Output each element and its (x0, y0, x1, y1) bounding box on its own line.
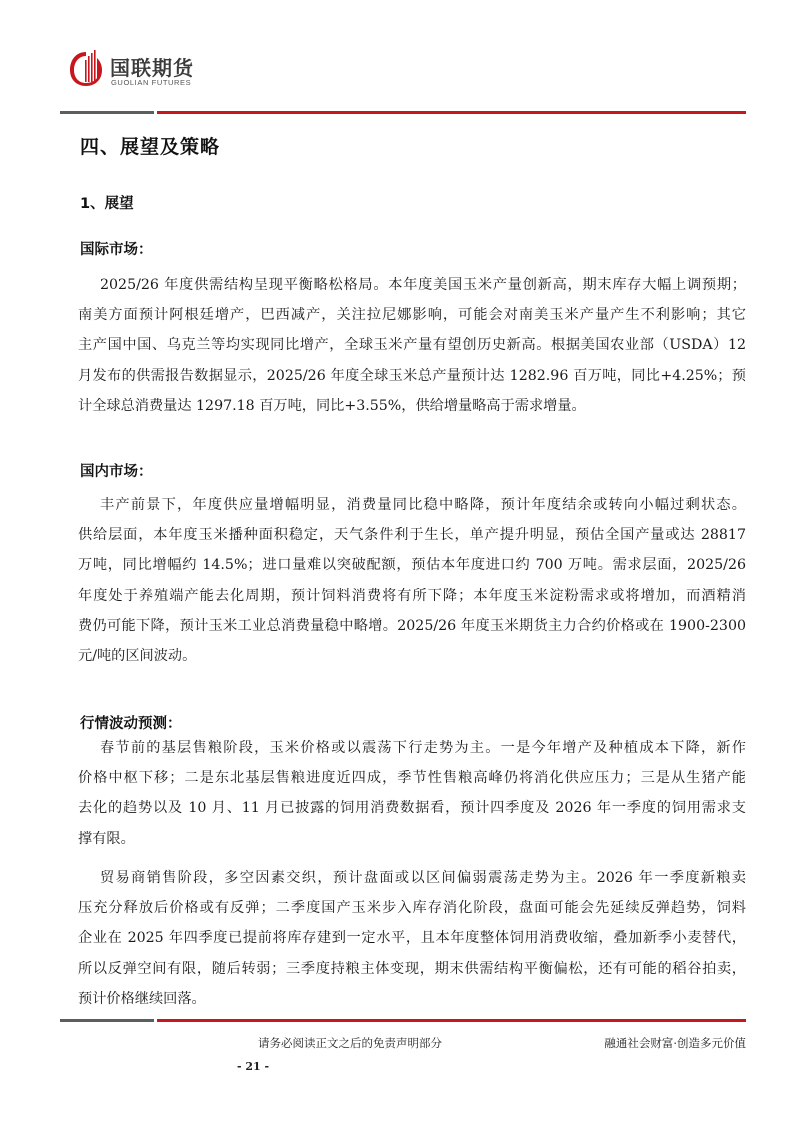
text-line: 预计价格继续回落。 (78, 984, 746, 1014)
text-line: 春节前的基层售粮阶段，玉米价格或以震荡下行走势为主。一是今年增产及种植成本下降，… (78, 733, 746, 763)
divider-gray-segment (60, 1019, 154, 1022)
text-line: 丰产前景下，年度供应量增幅明显，消费量同比稳中略降，预计年度结余或转向小幅过剩状… (78, 490, 746, 520)
footer-slogan: 融通社会财富·创造多元价值 (604, 1035, 746, 1051)
text-line: 撑有限。 (78, 824, 746, 854)
text-line: 贸易商销售阶段，多空因素交织，预计盘面或以区间偏弱震荡走势为主。2026 年一季… (78, 863, 746, 893)
text-line: 2025/26 年度供需结构呈现平衡略松格局。本年度美国玉米产量创新高，期末库存… (78, 270, 746, 300)
text-line: 所以反弹空间有限，随后转弱；三季度持粮主体变现，期末供需结构平衡偏松，还有可能的… (78, 954, 746, 984)
text-line: 南美方面预计阿根廷增产，巴西减产，关注拉尼娜影响，可能会对南美玉米产量产生不利影… (78, 300, 746, 330)
logo-text-cn: 国联期货 (110, 52, 194, 81)
text-line: 年度处于养殖端产能去化周期，预计饲料消费将有所下降；本年度玉米淀粉需求或将增加，… (78, 581, 746, 611)
text-line: 去化的趋势以及 10 月、11 月已披露的饲用消费数据看，预计四季度及 2026… (78, 793, 746, 823)
heading-domestic-market: 国内市场： (80, 460, 153, 481)
text-line: 费仍可能下降，预计玉米工业总消费量稳中略增。2025/26 年度玉米期货主力合约… (78, 611, 746, 641)
text-line: 月发布的供需报告数据显示，2025/26 年度全球玉米总产量预计达 1282.9… (78, 361, 746, 391)
text-line: 计全球总消费量达 1297.18 百万吨，同比+3.55%，供给增量略高于需求增… (78, 391, 746, 421)
text-line: 万吨，同比增幅约 14.5%；进口量难以突破配额，预估本年度进口约 700 万吨… (78, 550, 746, 580)
footer-divider (60, 1019, 746, 1022)
text-line: 主产国中国、乌克兰等均实现同比增产，全球玉米产量有望创历史新高。根据美国农业部（… (78, 330, 746, 360)
paragraph-forecast-1: 春节前的基层售粮阶段，玉米价格或以震荡下行走势为主。一是今年增产及种植成本下降，… (78, 733, 746, 854)
footer-disclaimer: 请务必阅读正文之后的免责声明部分 (258, 1035, 442, 1051)
section-title: 四、展望及策略 (80, 132, 220, 159)
divider-gray-segment (60, 111, 154, 114)
logo-text-en: GUOLIAN FUTURES (111, 78, 191, 87)
text-line: 压充分释放后价格或有反弹；二季度国产玉米步入库存消化阶段，盘面可能会先延续反弹趋… (78, 893, 746, 923)
text-line: 企业在 2025 年四季度已提前将库存建到一定水平，且本年度整体饲用消费收缩，叠… (78, 923, 746, 953)
divider-red-segment (157, 1019, 746, 1022)
heading-market-forecast: 行情波动预测： (80, 712, 182, 733)
subsection-title: 1、展望 (80, 192, 134, 213)
company-logo: 国联期货 GUOLIAN FUTURES (68, 48, 228, 92)
text-line: 元/吨的区间波动。 (78, 641, 746, 671)
paragraph-domestic-market: 丰产前景下，年度供应量增幅明显，消费量同比稳中略降，预计年度结余或转向小幅过剩状… (78, 490, 746, 671)
paragraph-international-market: 2025/26 年度供需结构呈现平衡略松格局。本年度美国玉米产量创新高，期末库存… (78, 270, 746, 421)
text-line: 价格中枢下移；二是东北基层售粮进度近四成，季节性售粮高峰仍将消化供应压力；三是从… (78, 763, 746, 793)
heading-international-market: 国际市场： (80, 238, 153, 259)
divider-red-segment (157, 111, 746, 114)
header-divider (60, 111, 746, 114)
page-number: - 21 - (237, 1060, 269, 1073)
paragraph-forecast-2: 贸易商销售阶段，多空因素交织，预计盘面或以区间偏弱震荡走势为主。2026 年一季… (78, 863, 746, 1014)
text-line: 供给层面，本年度玉米播种面积稳定，天气条件利于生长，单产提升明显，预估全国产量或… (78, 520, 746, 550)
logo-mark-icon (68, 48, 104, 88)
